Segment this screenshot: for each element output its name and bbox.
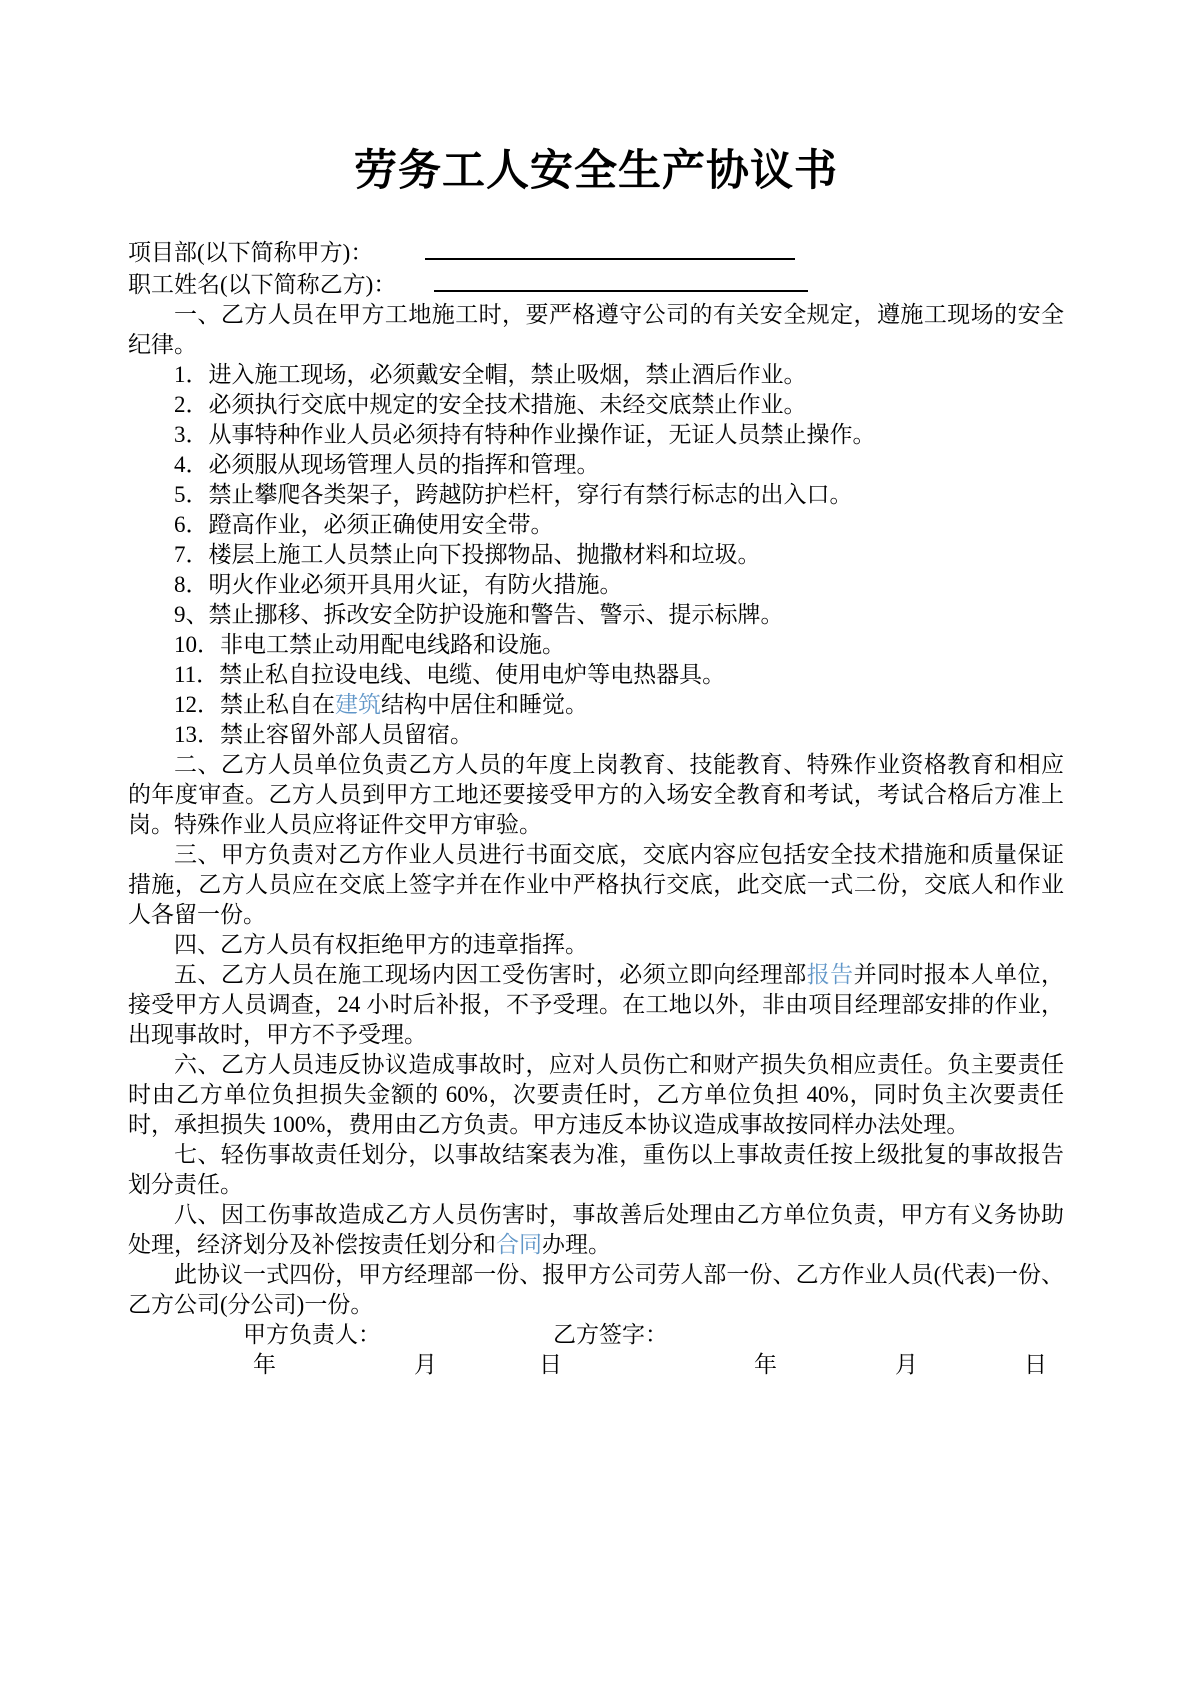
clause-4: 四、乙方人员有权拒绝甲方的违章指挥。 (128, 930, 1064, 960)
clause-5-text-pre: 五、乙方人员在施工现场内因工受伤害时，必须立即向经理部 (174, 962, 807, 987)
party-a-signer-label: 甲方负责人： (243, 1322, 381, 1347)
party-a-date-day-label: 日 (539, 1352, 562, 1377)
document-page: 劳务工人安全生产协议书 项目部(以下简称甲方)： 职工姓名(以下简称乙方)： 一… (0, 0, 1190, 1683)
party-b-date-month-label: 月 (895, 1352, 918, 1377)
clause-8-text-post: 办理。 (542, 1232, 611, 1257)
rule-item-6: 6．蹬高作业，必须正确使用安全带。 (128, 510, 1064, 540)
link-baogao[interactable]: 报告 (807, 962, 854, 987)
rule-item-3: 3．从事特种作业人员必须持有特种作业操作证，无证人员禁止操作。 (128, 420, 1064, 450)
document-title: 劳务工人安全生产协议书 (128, 146, 1064, 198)
rule-item-10: 10．非电工禁止动用配电线路和设施。 (128, 630, 1064, 660)
rule-12-text-post: 结构中居住和睡觉。 (381, 692, 588, 717)
clause-2: 二、乙方人员单位负责乙方人员的年度上岗教育、技能教育、特殊作业资格教育和相应的年… (128, 750, 1064, 840)
link-hetong[interactable]: 合同 (496, 1232, 542, 1257)
rule-12-text-pre: 12．禁止私自在 (174, 692, 335, 717)
signature-row: 甲方负责人：乙方签字： (128, 1320, 1064, 1350)
rule-item-9: 9、禁止挪移、拆改安全防护设施和警告、警示、提示标牌。 (128, 600, 1064, 630)
rule-item-13: 13．禁止容留外部人员留宿。 (128, 720, 1064, 750)
rule-item-4: 4．必须服从现场管理人员的指挥和管理。 (128, 450, 1064, 480)
rule-item-2: 2．必须执行交底中规定的安全技术措施、未经交底禁止作业。 (128, 390, 1064, 420)
party-b-date-day-label: 日 (1024, 1352, 1047, 1377)
date-row: 年月日年月日 (128, 1350, 1064, 1380)
clause-3: 三、甲方负责对乙方作业人员进行书面交底，交底内容应包括安全技术措施和质量保证措施… (128, 840, 1064, 930)
rule-item-11: 11．禁止私自拉设电线、电缆、使用电炉等电热器具。 (128, 660, 1064, 690)
party-a-date-month-label: 月 (414, 1352, 437, 1377)
clause-6: 六、乙方人员违反协议造成事故时，应对人员伤亡和财产损失负相应责任。负主要责任时由… (128, 1050, 1064, 1140)
party-b-label: 职工姓名(以下简称乙方)： (128, 272, 396, 297)
rule-item-5: 5．禁止攀爬各类架子，跨越防护栏杆，穿行有禁行标志的出入口。 (128, 480, 1064, 510)
party-b-line: 职工姓名(以下简称乙方)： (128, 268, 1064, 300)
party-a-line: 项目部(以下简称甲方)： (128, 236, 1064, 268)
party-b-date-year-label: 年 (754, 1352, 777, 1377)
clause-1-intro: 一、乙方人员在甲方工地施工时，要严格遵守公司的有关安全规定，遵施工现场的安全纪律… (128, 300, 1064, 360)
clause-5: 五、乙方人员在施工现场内因工受伤害时，必须立即向经理部报告并同时报本人单位，接受… (128, 960, 1064, 1050)
rule-item-1: 1．进入施工现场，必须戴安全帽，禁止吸烟，禁止酒后作业。 (128, 360, 1064, 390)
party-b-blank-field (434, 268, 808, 292)
party-a-date-year-label: 年 (253, 1352, 276, 1377)
party-a-blank-field (425, 236, 795, 260)
clause-8: 八、因工伤事故造成乙方人员伤害时，事故善后处理由乙方单位负责，甲方有义务协助处理… (128, 1200, 1064, 1260)
rule-item-12: 12．禁止私自在建筑结构中居住和睡觉。 (128, 690, 1064, 720)
rule-item-8: 8．明火作业必须开具用火证，有防火措施。 (128, 570, 1064, 600)
link-jianzhu[interactable]: 建筑 (335, 692, 381, 717)
closing-paragraph: 此协议一式四份，甲方经理部一份、报甲方公司劳人部一份、乙方作业人员(代表)一份、… (128, 1260, 1064, 1320)
rule-item-7: 7．楼层上施工人员禁止向下投掷物品、抛撒材料和垃圾。 (128, 540, 1064, 570)
party-b-signer-label: 乙方签字： (553, 1322, 668, 1347)
clause-7: 七、轻伤事故责任划分，以事故结案表为准，重伤以上事故责任按上级批复的事故报告划分… (128, 1140, 1064, 1200)
party-a-label: 项目部(以下简称甲方)： (128, 240, 373, 265)
